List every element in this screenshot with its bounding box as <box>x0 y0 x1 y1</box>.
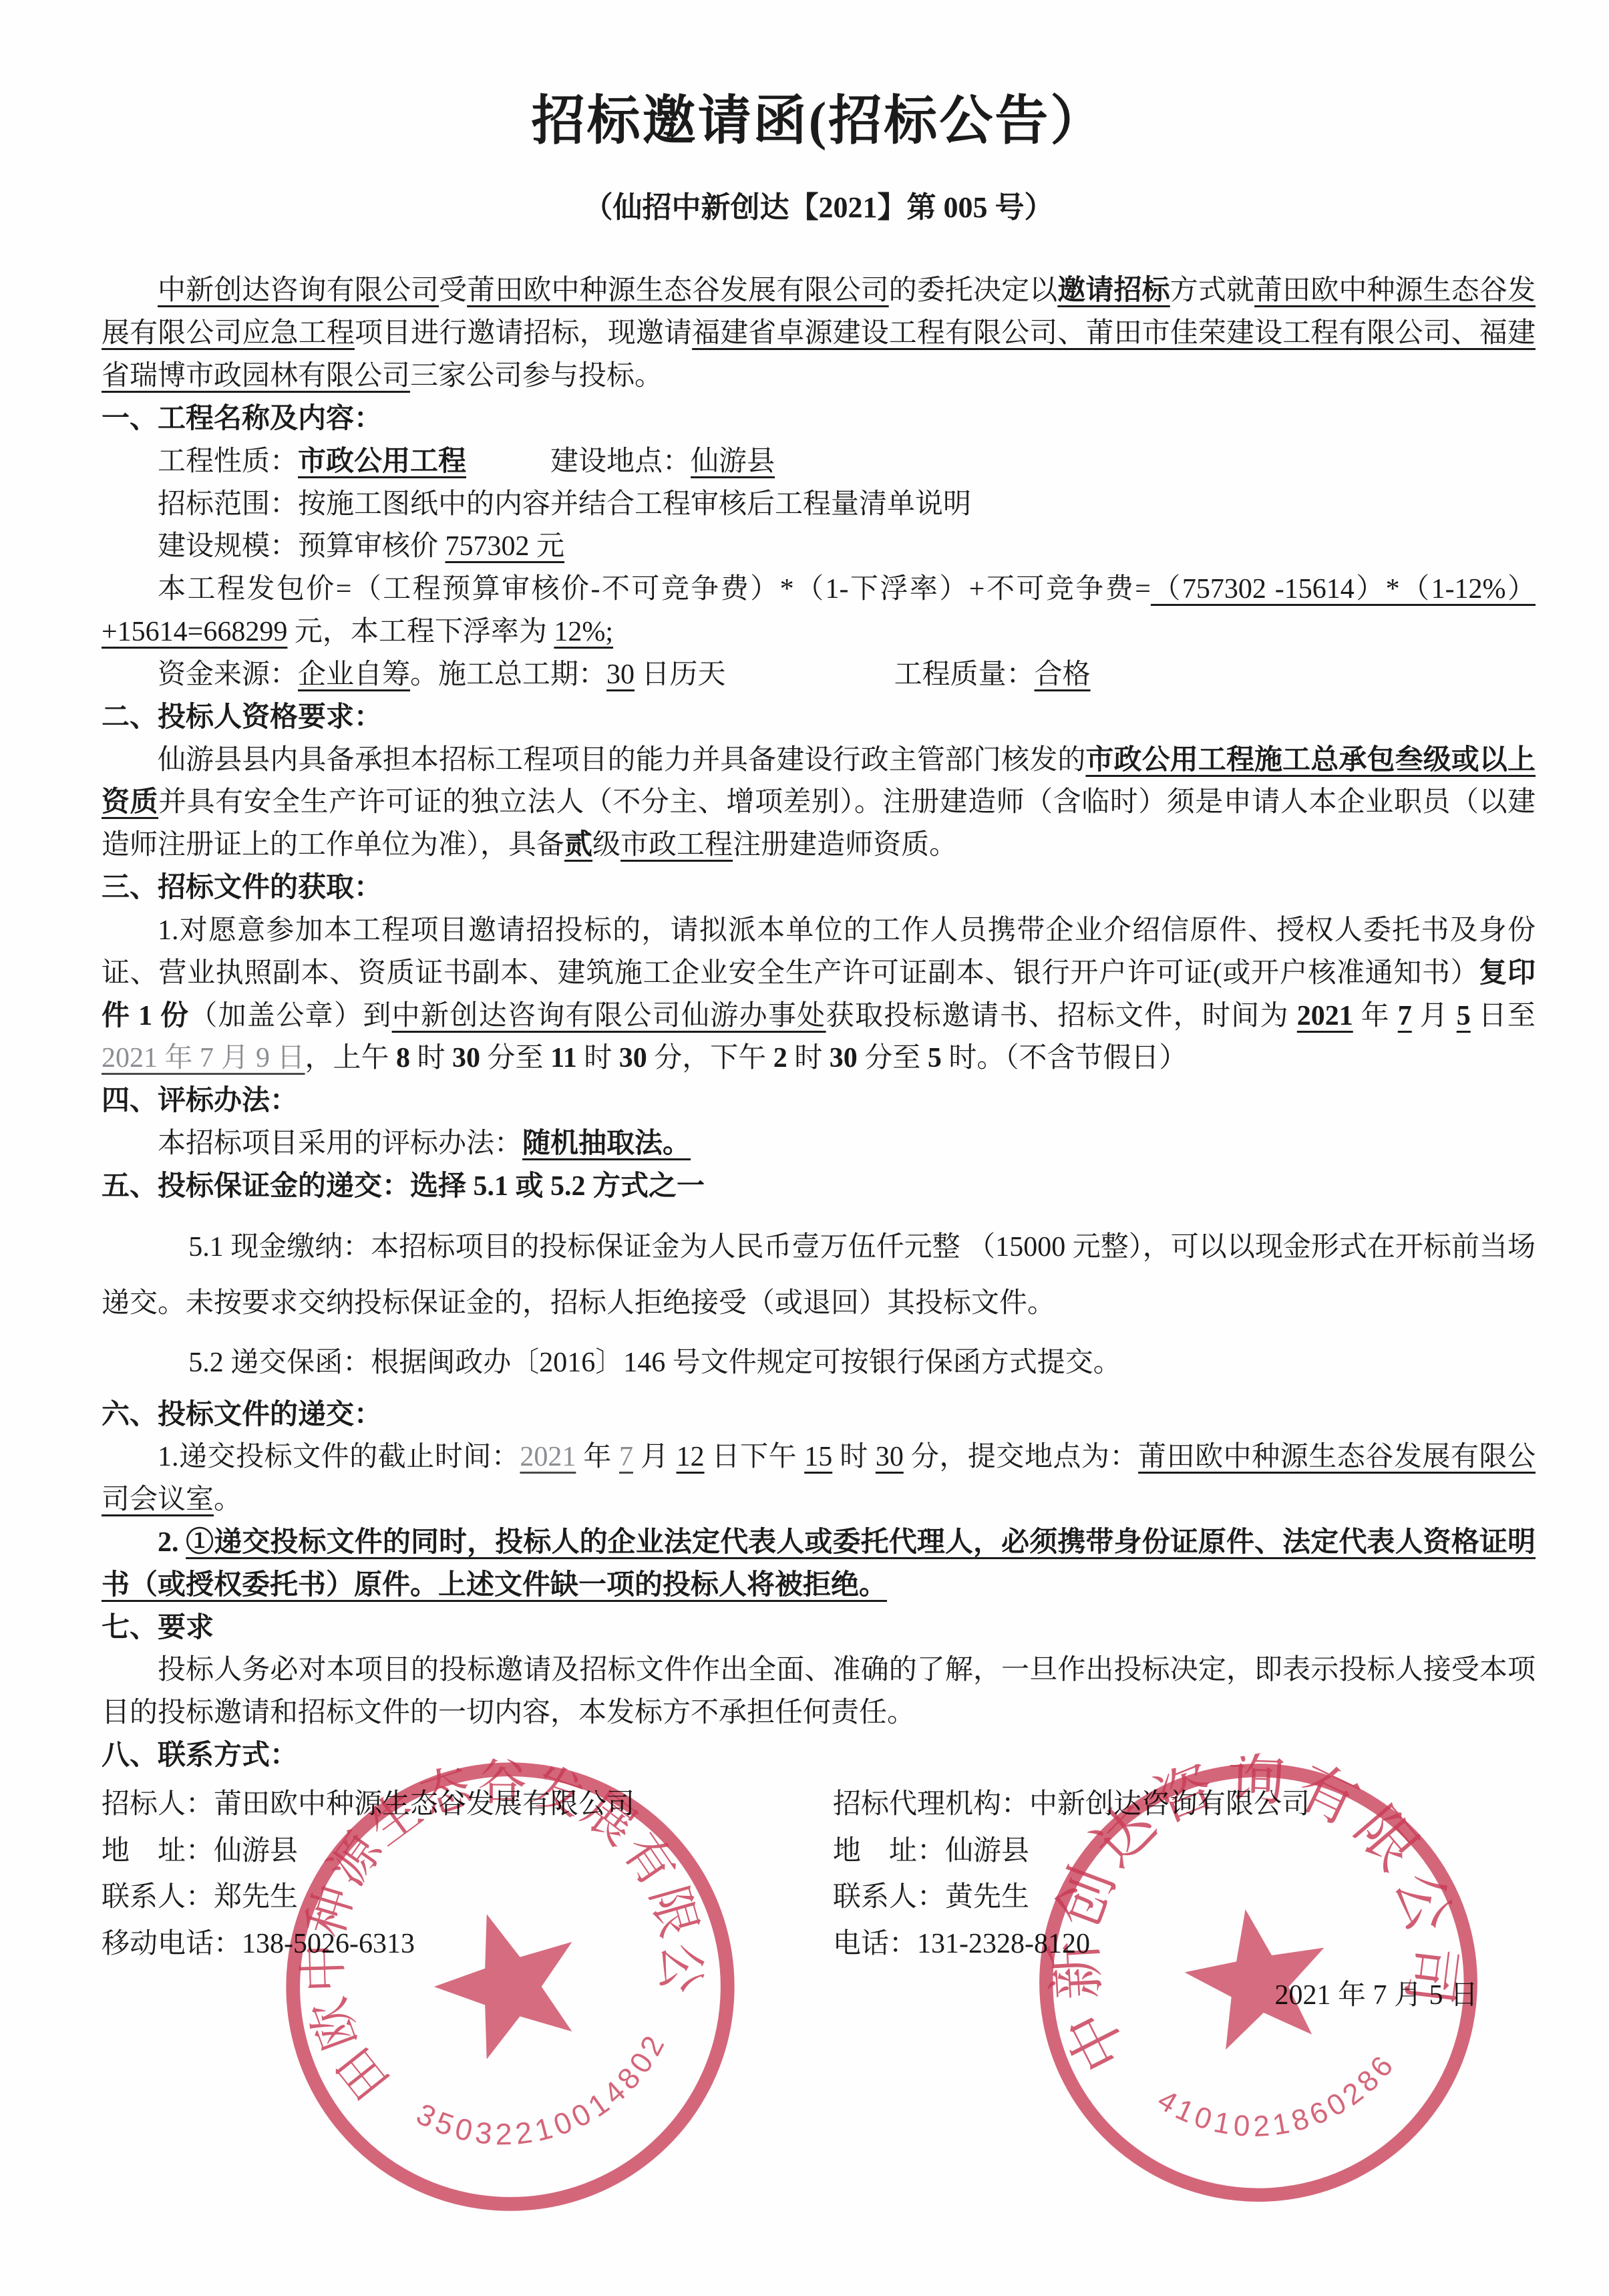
bidder-person: 郑先生 <box>214 1882 298 1913</box>
quality-requirement: 合格 <box>1035 659 1091 690</box>
text-run: 时 <box>787 1043 830 1074</box>
text-run: 时 <box>832 1442 876 1472</box>
text-run: 仙游县县内具备承担本招标工程项目的能力并具备建设行政主管部门核发的 <box>158 745 1085 776</box>
text-run: 分至 <box>858 1043 928 1074</box>
text-run: 年 <box>1353 1001 1398 1031</box>
agent-address-label: 地 址： <box>833 1836 945 1866</box>
agency-name: 中新创达咨询有限公司 <box>158 275 439 306</box>
section-heading-5: 五、投标保证金的递交：选择 5.1 或 5.2 方式之一 <box>102 1166 1536 1208</box>
text-run: 日下午 <box>705 1442 805 1472</box>
paragraph-deposit-cash: 5.1 现金缴纳：本招标项目的投标保证金为人民币壹万伍仟元整 （15000 元整… <box>102 1219 1536 1331</box>
text-run: 2. <box>158 1527 186 1558</box>
seal-registration-number: 35032210014802 <box>403 2019 691 2185</box>
evaluation-method: 随机抽取法。 <box>522 1128 691 1159</box>
agent-contact-column: 招标代理机构：中新创达咨询有限公司 地 址：仙游县 联系人：黄先生 电话：131… <box>833 1782 1536 1968</box>
text-run: 月 <box>633 1442 677 1472</box>
agent-phone: 131-2328-8120 <box>917 1929 1090 1959</box>
section-heading-7: 七、要求 <box>102 1607 1536 1650</box>
project-location: 仙游县 <box>691 446 775 477</box>
text-run: 1.对愿意参加本工程项目邀请招投标的，请拟派本单位的工作人员携带企业介绍信原件、… <box>102 915 1536 989</box>
time-value: 30 <box>452 1043 480 1074</box>
text-run: 年 <box>576 1442 619 1472</box>
time-value: 11 <box>550 1043 577 1074</box>
agent-name: 中新创达咨询有限公司 <box>1029 1789 1310 1820</box>
paragraph-project-scale: 建设规模：预算审核价 757302 元 <box>102 526 1536 568</box>
bidder-address: 仙游县 <box>214 1836 298 1866</box>
deadline-hour: 15 <box>804 1442 832 1472</box>
paragraph-document-obtain: 1.对愿意参加本工程项目邀请招投标的，请拟派本单位的工作人员携带企业介绍信原件、… <box>102 910 1536 1080</box>
paragraph-price-formula: 本工程发包价=（工程预算审核价-不可竞争费）*（1-下浮率）+不可竞争费=（75… <box>102 568 1536 654</box>
paragraph-funding: 资金来源：企业自筹。施工总工期：30 日历天 工程质量：合格 <box>102 654 1536 697</box>
document-number: （仙招中新创达【2021】第 005 号） <box>102 186 1536 230</box>
text-run: 。 <box>214 1484 242 1515</box>
text-run: 项目进行邀请招标，现邀请 <box>355 318 692 349</box>
section-heading-4: 四、评标办法： <box>102 1080 1536 1123</box>
deadline-day: 12 <box>677 1442 705 1472</box>
text-run: 分，提交地点为： <box>904 1442 1138 1472</box>
text-run: 工程性质： <box>158 446 298 477</box>
text-run: 分至 <box>480 1043 550 1074</box>
section-heading-8: 八、联系方式： <box>102 1735 1536 1778</box>
paragraph-qualification: 仙游县县内具备承担本招标工程项目的能力并具备建设行政主管部门核发的市政公用工程施… <box>102 740 1536 867</box>
section-heading-2: 二、投标人资格要求： <box>102 697 1536 740</box>
section-heading-6: 六、投标文件的递交： <box>102 1394 1536 1437</box>
time-value: 8 <box>396 1043 410 1074</box>
construction-period: 30 <box>606 659 635 690</box>
text-run: 。施工总工期： <box>410 659 606 690</box>
text-run: 时。（不含节假日） <box>942 1043 1188 1074</box>
paragraph-evaluation: 本招标项目采用的评标办法：随机抽取法。 <box>102 1123 1536 1166</box>
time-value: 30 <box>619 1043 647 1074</box>
deadline-year: 2021 <box>520 1442 576 1472</box>
builder-specialty: 市政工程 <box>620 830 733 860</box>
text-run: 分，下午 <box>647 1043 773 1074</box>
start-year: 2021 <box>1297 1001 1353 1031</box>
text-run: ，上午 <box>305 1043 397 1074</box>
funding-source: 企业自筹 <box>298 659 410 690</box>
bidder-contact-column: 招标人：莆田欧中种源生态谷发展有限公司 地 址：仙游县 联系人：郑先生 移动电话… <box>102 1782 833 1968</box>
bidder-label: 招标人： <box>102 1789 214 1820</box>
text-run: 时 <box>577 1043 619 1074</box>
agent-phone-label: 电话： <box>833 1929 917 1959</box>
text-run: 受 <box>439 275 467 306</box>
section-heading-3: 三、招标文件的获取： <box>102 867 1536 910</box>
bidder-phone-label: 移动电话： <box>102 1929 242 1959</box>
document-date: 2021 年 7 月 5 日 <box>102 1975 1536 2017</box>
budget-amount: 757302 元 <box>445 531 565 562</box>
bidder-phone: 138-5026-6313 <box>242 1929 415 1959</box>
section-heading-1: 一、工程名称及内容： <box>102 398 1536 441</box>
paragraph-tender-scope: 招标范围：按施工图纸中的内容并结合工程审核后工程量清单说明 <box>102 484 1536 526</box>
paragraph-submission-deadline: 1.递交投标文件的截止时间：2021 年 7 月 12 日下午 15 时 30 … <box>102 1436 1536 1522</box>
text-run: 日历天 <box>635 659 726 690</box>
start-month: 7 <box>1398 1001 1412 1031</box>
project-type: 市政公用工程 <box>298 446 466 477</box>
time-value: 5 <box>928 1043 942 1074</box>
seal-registration-number: 4101021860286 <box>1147 2043 1411 2162</box>
start-day: 5 <box>1457 1001 1471 1031</box>
text-run: 日至 <box>1471 1001 1536 1031</box>
client-name: 莆田欧中种源生态谷发展有限公司 <box>467 275 889 306</box>
agent-person: 黄先生 <box>945 1882 1029 1913</box>
text-run: 本工程发包价=（工程预算审核价-不可竞争费）*（1-下浮率）+不可竞争费= <box>158 574 1151 605</box>
text-run: 工程质量： <box>726 659 1035 690</box>
agent-label: 招标代理机构： <box>833 1789 1029 1820</box>
paragraph-submission-requirement: 2. ①递交投标文件的同时，投标人的企业法定代表人或委托代理人，必须携带身份证原… <box>102 1522 1536 1607</box>
text-run: 级 <box>592 830 620 860</box>
discount-rate: 12%; <box>554 617 613 647</box>
bidder-name: 莆田欧中种源生态谷发展有限公司 <box>214 1789 635 1820</box>
text-run: 注册建造师资质。 <box>733 830 957 860</box>
time-value: 2 <box>773 1043 787 1074</box>
agent-address: 仙游县 <box>945 1836 1029 1866</box>
deadline-month: 7 <box>619 1442 633 1472</box>
text-run: 三家公司参与投标。 <box>410 361 663 391</box>
agent-person-label: 联系人： <box>833 1882 945 1913</box>
text-run: 资金来源： <box>158 659 298 690</box>
paragraph-project-nature: 工程性质：市政公用工程 建设地点：仙游县 <box>102 441 1536 484</box>
paragraph-intro: 中新创达咨询有限公司受莆田欧中种源生态谷发展有限公司的委托决定以邀请招标方式就莆… <box>102 270 1536 397</box>
tender-method: 邀请招标 <box>1057 275 1170 306</box>
text-run: （加盖公章）到 <box>189 1001 391 1031</box>
svg-text:4101021860286: 4101021860286 <box>1147 2043 1411 2162</box>
builder-grade: 贰 <box>564 830 592 860</box>
end-date: 2021 年 7 月 9 日 <box>102 1043 305 1074</box>
contact-block: 招标人：莆田欧中种源生态谷发展有限公司 地 址：仙游县 联系人：郑先生 移动电话… <box>102 1782 1536 1968</box>
submission-rule: ①递交投标文件的同时，投标人的企业法定代表人或委托代理人，必须携带身份证原件、法… <box>102 1527 1536 1601</box>
paragraph-notice: 投标人务必对本项目的投标邀请及招标文件作出全面、准确的了解，一旦作出投标决定，即… <box>102 1649 1536 1735</box>
bidder-person-label: 联系人： <box>102 1882 214 1913</box>
text-run: 建设规模：预算审核价 <box>158 531 445 562</box>
text-run: 1.递交投标文件的截止时间： <box>158 1442 520 1472</box>
document-page: 招标邀请函(招标公告） （仙招中新创达【2021】第 005 号） 中新创达咨询… <box>0 0 1609 2296</box>
text-run: 月 <box>1412 1001 1457 1031</box>
text-run: 元，本工程下浮率为 <box>287 617 554 647</box>
deadline-minute: 30 <box>876 1442 904 1472</box>
text-run: 方式就 <box>1170 275 1254 306</box>
bidder-address-label: 地 址： <box>102 1836 214 1866</box>
text-run: 建设地点： <box>466 446 691 477</box>
text-run: 本招标项目采用的评标办法： <box>158 1128 522 1159</box>
document-title: 招标邀请函(招标公告） <box>102 81 1536 163</box>
obtain-location: 中新创达咨询有限公司仙游办事处 <box>392 1001 826 1031</box>
text-run: 的委托决定以 <box>889 275 1058 306</box>
paragraph-deposit-guarantee: 5.2 递交保函：根据闽政办〔2016〕146 号文件规定可按银行保函方式提交。 <box>102 1342 1536 1385</box>
text-run: 时 <box>410 1043 452 1074</box>
svg-text:35032210014802: 35032210014802 <box>403 2019 691 2185</box>
text-run: 获取投标邀请书、招标文件，时间为 <box>826 1001 1297 1031</box>
time-value: 30 <box>830 1043 858 1074</box>
